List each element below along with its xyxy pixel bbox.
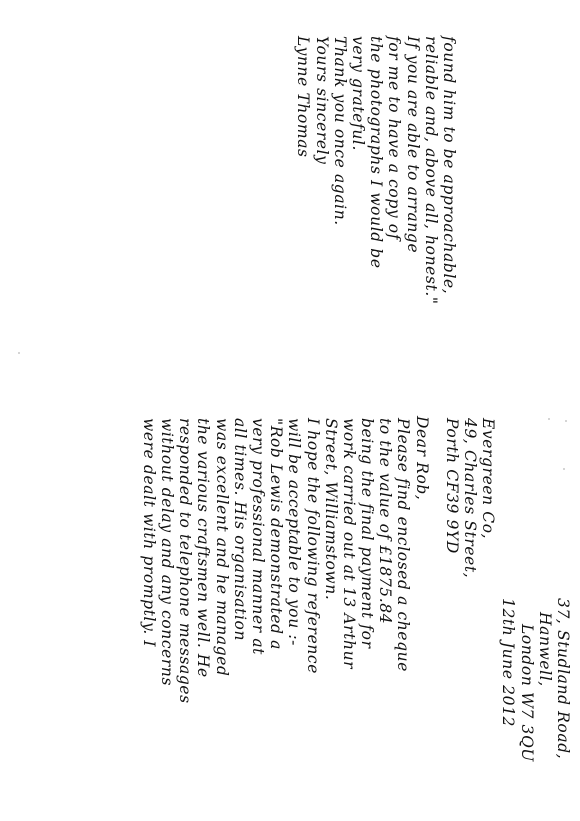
- body-line: the photographs I would be: [367, 30, 385, 410]
- body-line: "Rob Lewis demonstrated a: [267, 412, 285, 802]
- address-line: 49, Charles Street,: [461, 412, 479, 802]
- body-line: will be acceptable to you :-: [285, 412, 303, 802]
- sender-address: 37, Studland Road, Hanwell, London W7 3Q…: [499, 412, 572, 802]
- body-line: to the value of £1875.84: [376, 412, 394, 802]
- body-line: reliable and, above all, honest.": [422, 30, 440, 410]
- scan-speck: [18, 352, 20, 354]
- body-line: If you are able to arrange: [403, 30, 421, 410]
- address-line: Hanwell,: [536, 412, 554, 802]
- body-line: were dealt with promptly. I: [140, 412, 158, 802]
- body-line: found him to be approachable,: [440, 30, 458, 410]
- body-line: the various craftsmen well. He: [194, 412, 212, 802]
- letter-body-continuation: found him to be approachable, reliable a…: [349, 30, 458, 410]
- closing-line: Thank you once again.: [331, 30, 349, 410]
- scan-speck: [548, 418, 550, 420]
- letter-body: Please find enclosed a cheque to the val…: [140, 412, 413, 802]
- body-line: Street, Williamstown.: [322, 412, 340, 802]
- address-line: London W7 3QU: [517, 412, 535, 802]
- body-line: all times. His organisation: [231, 412, 249, 802]
- letter-page-1: 37, Studland Road, Hanwell, London W7 3Q…: [140, 412, 572, 802]
- body-line: work carried out at 13 Arthur: [340, 412, 358, 802]
- scan-speck: [565, 420, 567, 422]
- body-line: Please find enclosed a cheque: [394, 412, 412, 802]
- body-line: being the final payment for: [358, 412, 376, 802]
- body-line: responded to telephone messages: [176, 412, 194, 802]
- scanned-letter-sheet: found him to be approachable, reliable a…: [0, 0, 580, 821]
- body-line: was excellent and he managed: [212, 412, 230, 802]
- signature: Lynne Thomas: [294, 30, 312, 410]
- body-line: I hope the following reference: [303, 412, 321, 802]
- body-line: for me to have a copy of: [385, 30, 403, 410]
- body-line: very grateful.: [349, 30, 367, 410]
- address-line: 37, Studland Road,: [554, 412, 572, 802]
- body-line: without delay and any concerns: [158, 412, 176, 802]
- letter-date: 12th June 2012: [499, 412, 517, 802]
- recipient-address: Evergreen Co, 49, Charles Street, Porth …: [443, 412, 498, 802]
- closing-line: Yours sincerely: [313, 30, 331, 410]
- address-line: Evergreen Co,: [479, 412, 497, 802]
- address-line: Porth CF39 9YD: [443, 412, 461, 802]
- body-line: very professional manner at: [249, 412, 267, 802]
- letter-page-2: found him to be approachable, reliable a…: [294, 30, 458, 410]
- letter-closing: Thank you once again. Yours sincerely Ly…: [294, 30, 349, 410]
- scan-speck: [563, 468, 565, 470]
- salutation: Dear Rob,: [413, 412, 431, 802]
